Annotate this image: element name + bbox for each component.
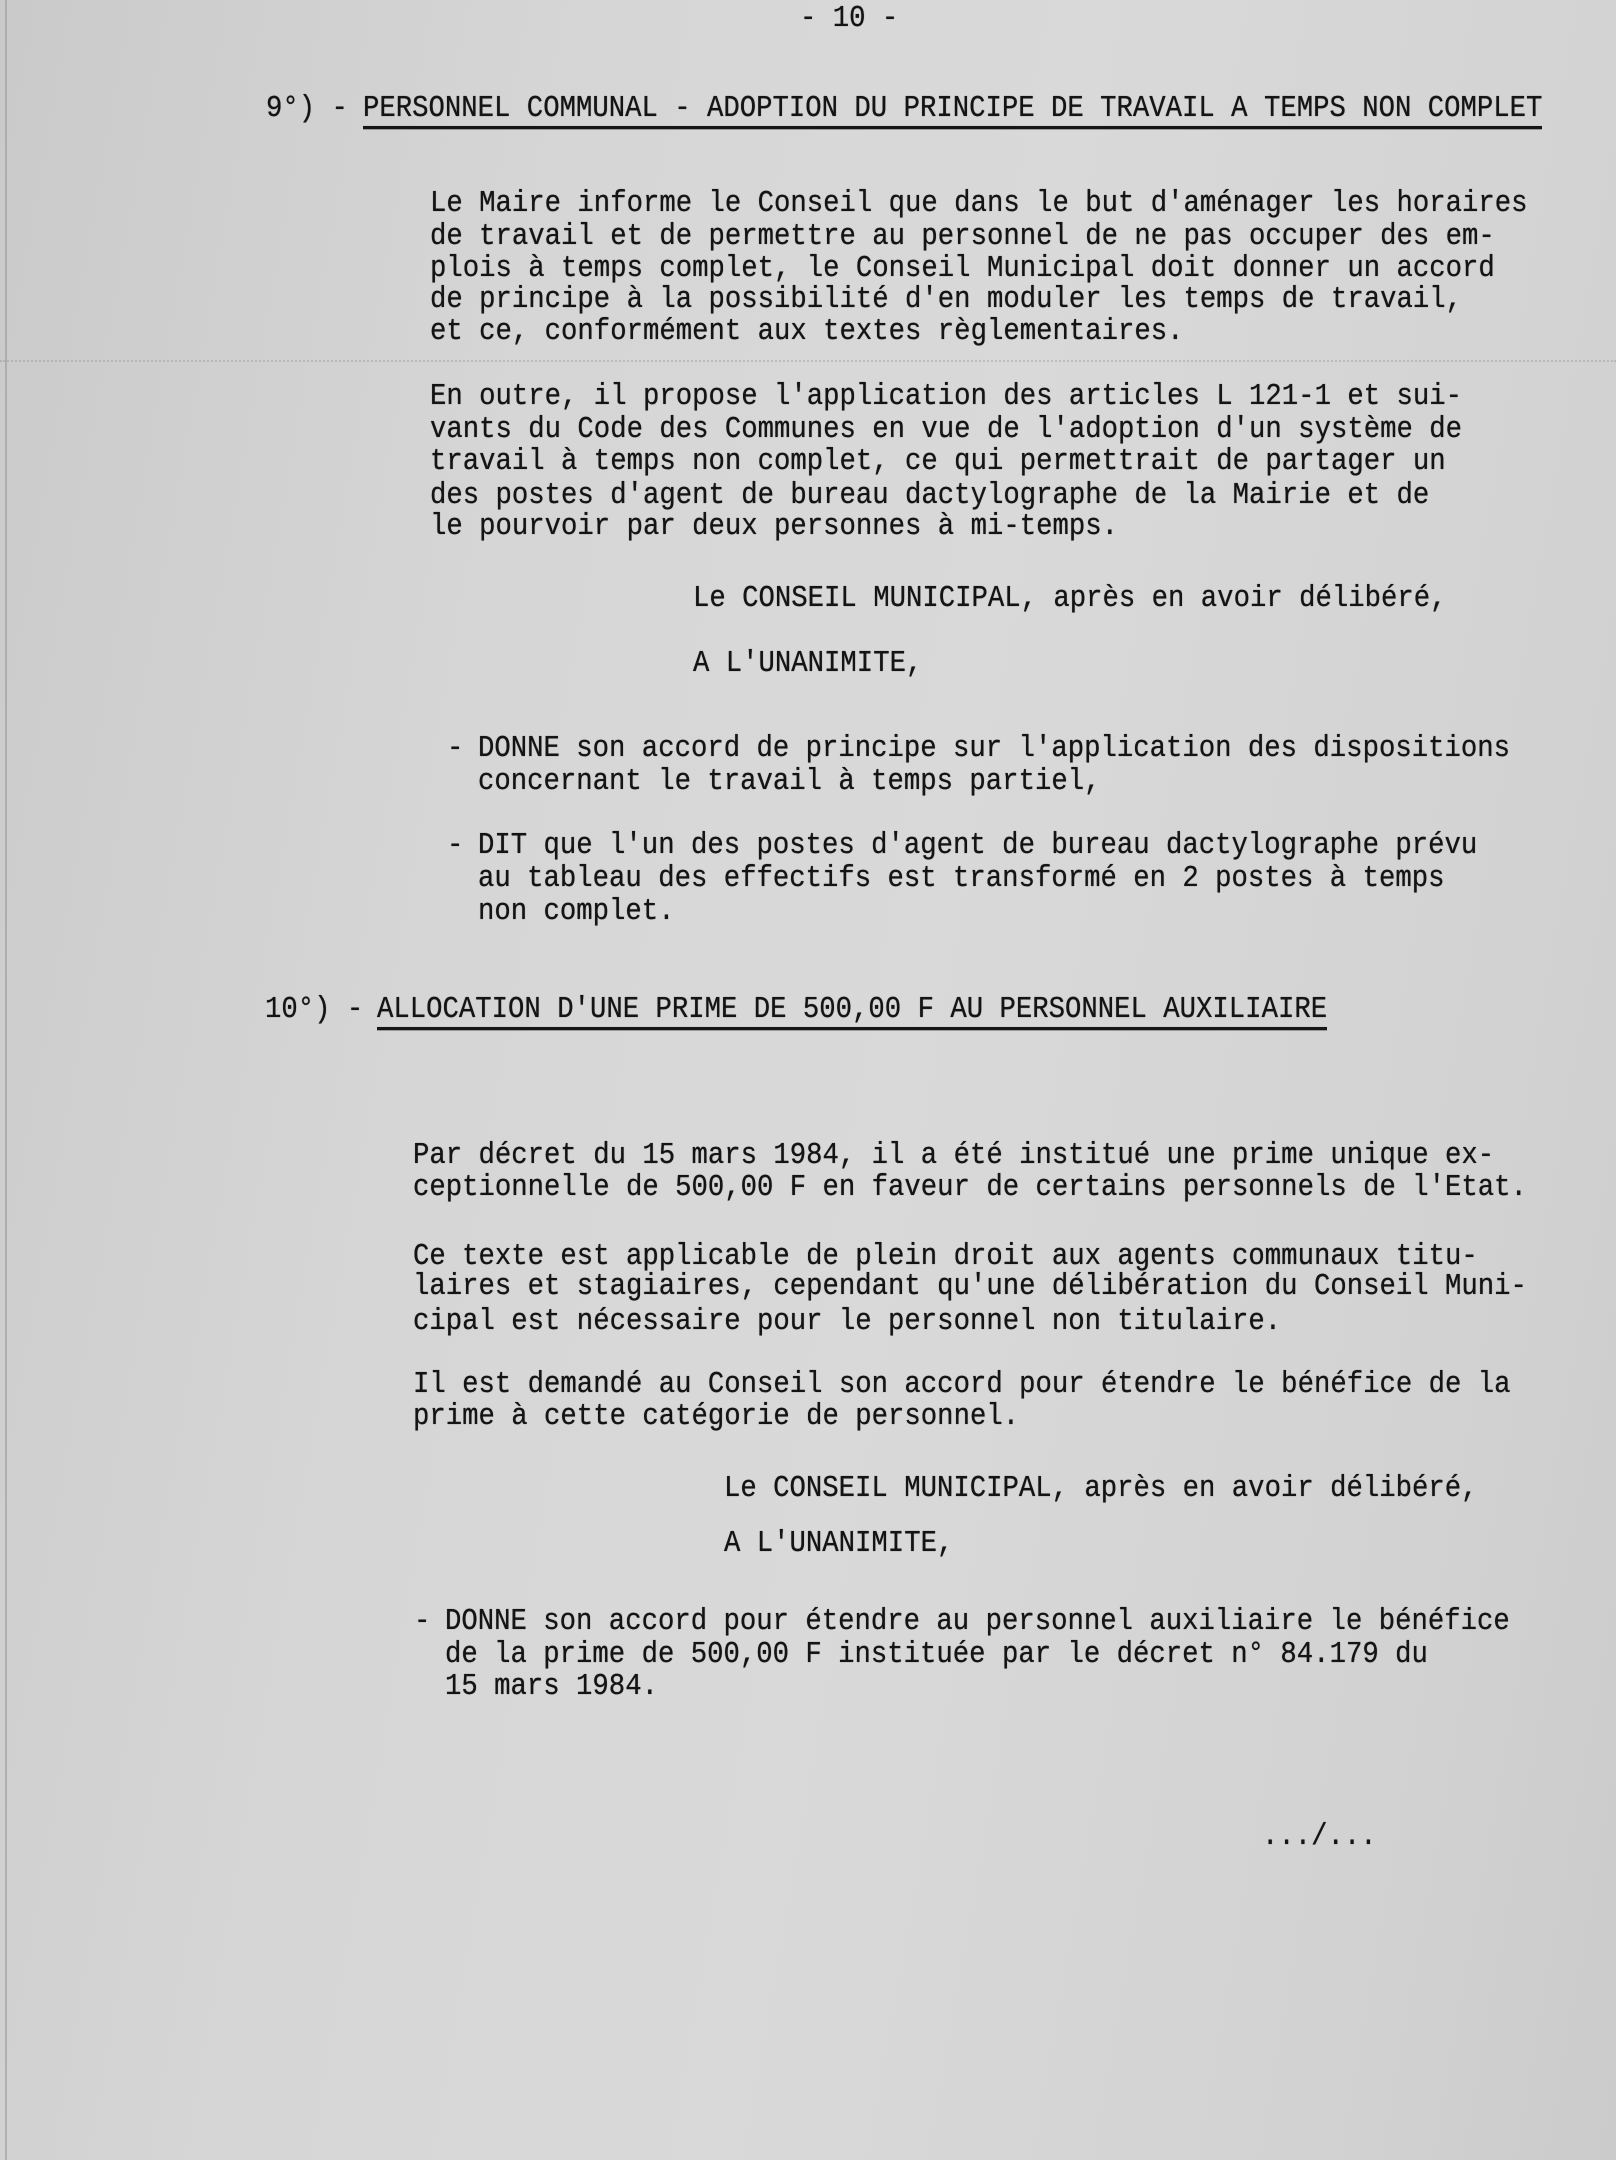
text-line: ceptionnelle de 500,00 F en faveur de ce…	[413, 1172, 1527, 1202]
text-line: plois à temps complet, le Conseil Munici…	[430, 253, 1495, 283]
page-number: - 10 -	[800, 3, 898, 33]
text-line: Il est demandé au Conseil son accord pou…	[413, 1369, 1511, 1399]
continuation-mark: .../...	[1262, 1821, 1377, 1851]
section-10-number: 10°) -	[265, 994, 363, 1024]
text-line: au tableau des effectifs est transformé …	[478, 863, 1444, 893]
text-line: cipal est nécessaire pour le personnel n…	[413, 1306, 1281, 1336]
section-9-title: PERSONNEL COMMUNAL - ADOPTION DU PRINCIP…	[363, 93, 1542, 129]
text-line: Ce texte est applicable de plein droit a…	[413, 1241, 1478, 1271]
text-line: de la prime de 500,00 F instituée par le…	[445, 1639, 1428, 1669]
text-line: de principe à la possibilité d'en module…	[430, 284, 1462, 314]
document-page: - 10 - 9°) - PERSONNEL COMMUNAL - ADOPTI…	[0, 0, 1616, 2160]
bullet-dash: -	[447, 830, 463, 860]
text-line: et ce, conformément aux textes règlement…	[430, 316, 1184, 346]
text-line: prime à cette catégorie de personnel.	[413, 1401, 1019, 1431]
text-line: Le Maire informe le Conseil que dans le …	[430, 188, 1528, 218]
text-line: DONNE son accord pour étendre au personn…	[445, 1606, 1510, 1636]
section-10-title: ALLOCATION D'UNE PRIME DE 500,00 F AU PE…	[377, 994, 1327, 1030]
text-line: non complet.	[478, 896, 675, 926]
text-line: vants du Code des Communes en vue de l'a…	[430, 414, 1462, 444]
text-line: laires et stagiaires, cependant qu'une d…	[413, 1271, 1527, 1301]
text-line: des postes d'agent de bureau dactylograp…	[430, 480, 1429, 510]
text-line: 15 mars 1984.	[445, 1671, 658, 1701]
unanimity-line: A L'UNANIMITE,	[724, 1528, 953, 1558]
section-9-number: 9°) -	[266, 93, 348, 123]
text-line: de travail et de permettre au personnel …	[430, 221, 1495, 251]
text-line: concernant le travail à temps partiel,	[478, 766, 1100, 796]
text-line: Par décret du 15 mars 1984, il a été ins…	[413, 1140, 1494, 1170]
text-line: En outre, il propose l'application des a…	[430, 381, 1462, 411]
text-line: DONNE son accord de principe sur l'appli…	[478, 733, 1510, 763]
text-line: le pourvoir par deux personnes à mi-temp…	[430, 511, 1118, 541]
unanimity-line: A L'UNANIMITE,	[693, 648, 922, 678]
bullet-dash: -	[447, 733, 463, 763]
council-deliberation-line: Le CONSEIL MUNICIPAL, après en avoir dél…	[724, 1473, 1478, 1503]
text-line: travail à temps non complet, ce qui perm…	[430, 446, 1446, 476]
council-deliberation-line: Le CONSEIL MUNICIPAL, après en avoir dél…	[693, 583, 1447, 613]
text-line: DIT que l'un des postes d'agent de burea…	[478, 830, 1477, 860]
bullet-dash: -	[414, 1606, 430, 1636]
